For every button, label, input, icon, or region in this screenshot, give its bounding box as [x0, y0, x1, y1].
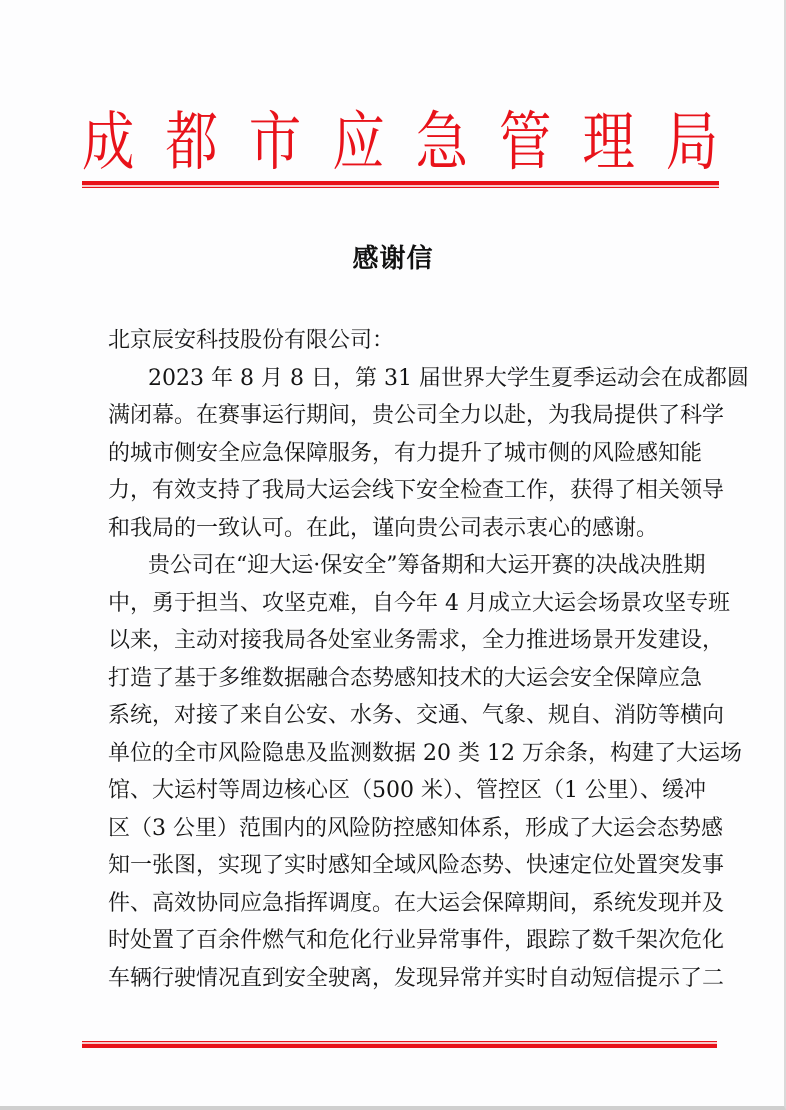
letterhead-char: 都 — [165, 108, 217, 178]
letterhead-char: 应 — [332, 108, 384, 178]
body-line: 馆、大运村等周边核心区（500 米）、管控区（1 公里）、缓冲 — [108, 772, 690, 810]
body-line: 件、高效协同应急指挥调度。在大运会保障期间，系统发现并及 — [108, 885, 690, 923]
body-line: 贵公司在“迎大运·保安全”筹备期和大运开赛的决战决胜期 — [108, 547, 690, 585]
body-line: 的城市侧安全应急保障服务，有力提升了城市侧的风险感知能 — [108, 435, 690, 473]
body-line: 系统，对接了来自公安、水务、交通、气象、规自、消防等横向 — [108, 697, 690, 735]
letter-page: 成 都 市 应 急 管 理 局 感谢信 北京辰安科技股份有限公司： 2023 年… — [0, 0, 786, 1110]
letterhead-char: 管 — [499, 108, 551, 178]
body-line: 中，勇于担当、攻坚克难，自今年 4 月成立大运会场景攻坚专班 — [108, 585, 690, 623]
letter-body: 北京辰安科技股份有限公司： 2023 年 8 月 8 日，第 31 届世界大学生… — [108, 322, 690, 997]
letterhead-org-name: 成 都 市 应 急 管 理 局 — [82, 108, 718, 178]
body-line: 单位的全市风险隐患及监测数据 20 类 12 万余条，构建了大运场 — [108, 735, 690, 773]
letterhead-char: 急 — [416, 108, 468, 178]
body-line: 区（3 公里）范围内的风险防控感知体系，形成了大运会态势感 — [108, 810, 690, 848]
body-line: 打造了基于多维数据融合态势感知技术的大运会安全保障应急 — [108, 660, 690, 698]
body-line: 满闭幕。在赛事运行期间，贵公司全力以赴，为我局提供了科学 — [108, 397, 690, 435]
body-line: 2023 年 8 月 8 日，第 31 届世界大学生夏季运动会在成都圆 — [108, 360, 690, 398]
body-line: 以来，主动对接我局各处室业务需求，全力推进场景开发建设， — [108, 622, 690, 660]
footer-divider-bottom — [82, 1041, 717, 1048]
body-line: 时处置了百余件燃气和危化行业异常事件，跟踪了数千架次危化 — [108, 922, 690, 960]
salutation: 北京辰安科技股份有限公司： — [108, 322, 690, 360]
letterhead-char: 市 — [249, 108, 301, 178]
document-title: 感谢信 — [0, 238, 786, 275]
body-line: 和我局的一致认可。在此，谨向贵公司表示衷心的感谢。 — [108, 510, 690, 548]
body-line: 车辆行驶情况直到安全驶离，发现异常并实时自动短信提示了二 — [108, 960, 690, 998]
body-line: 力，有效支持了我局大运会线下安全检查工作，获得了相关领导 — [108, 472, 690, 510]
letterhead-divider-top — [82, 181, 719, 188]
body-line: 知一张图，实现了实时感知全域风险态势、快速定位处置突发事 — [108, 847, 690, 885]
letterhead-char: 成 — [82, 108, 134, 178]
letterhead-char: 理 — [582, 108, 634, 178]
letterhead-char: 局 — [666, 108, 718, 178]
